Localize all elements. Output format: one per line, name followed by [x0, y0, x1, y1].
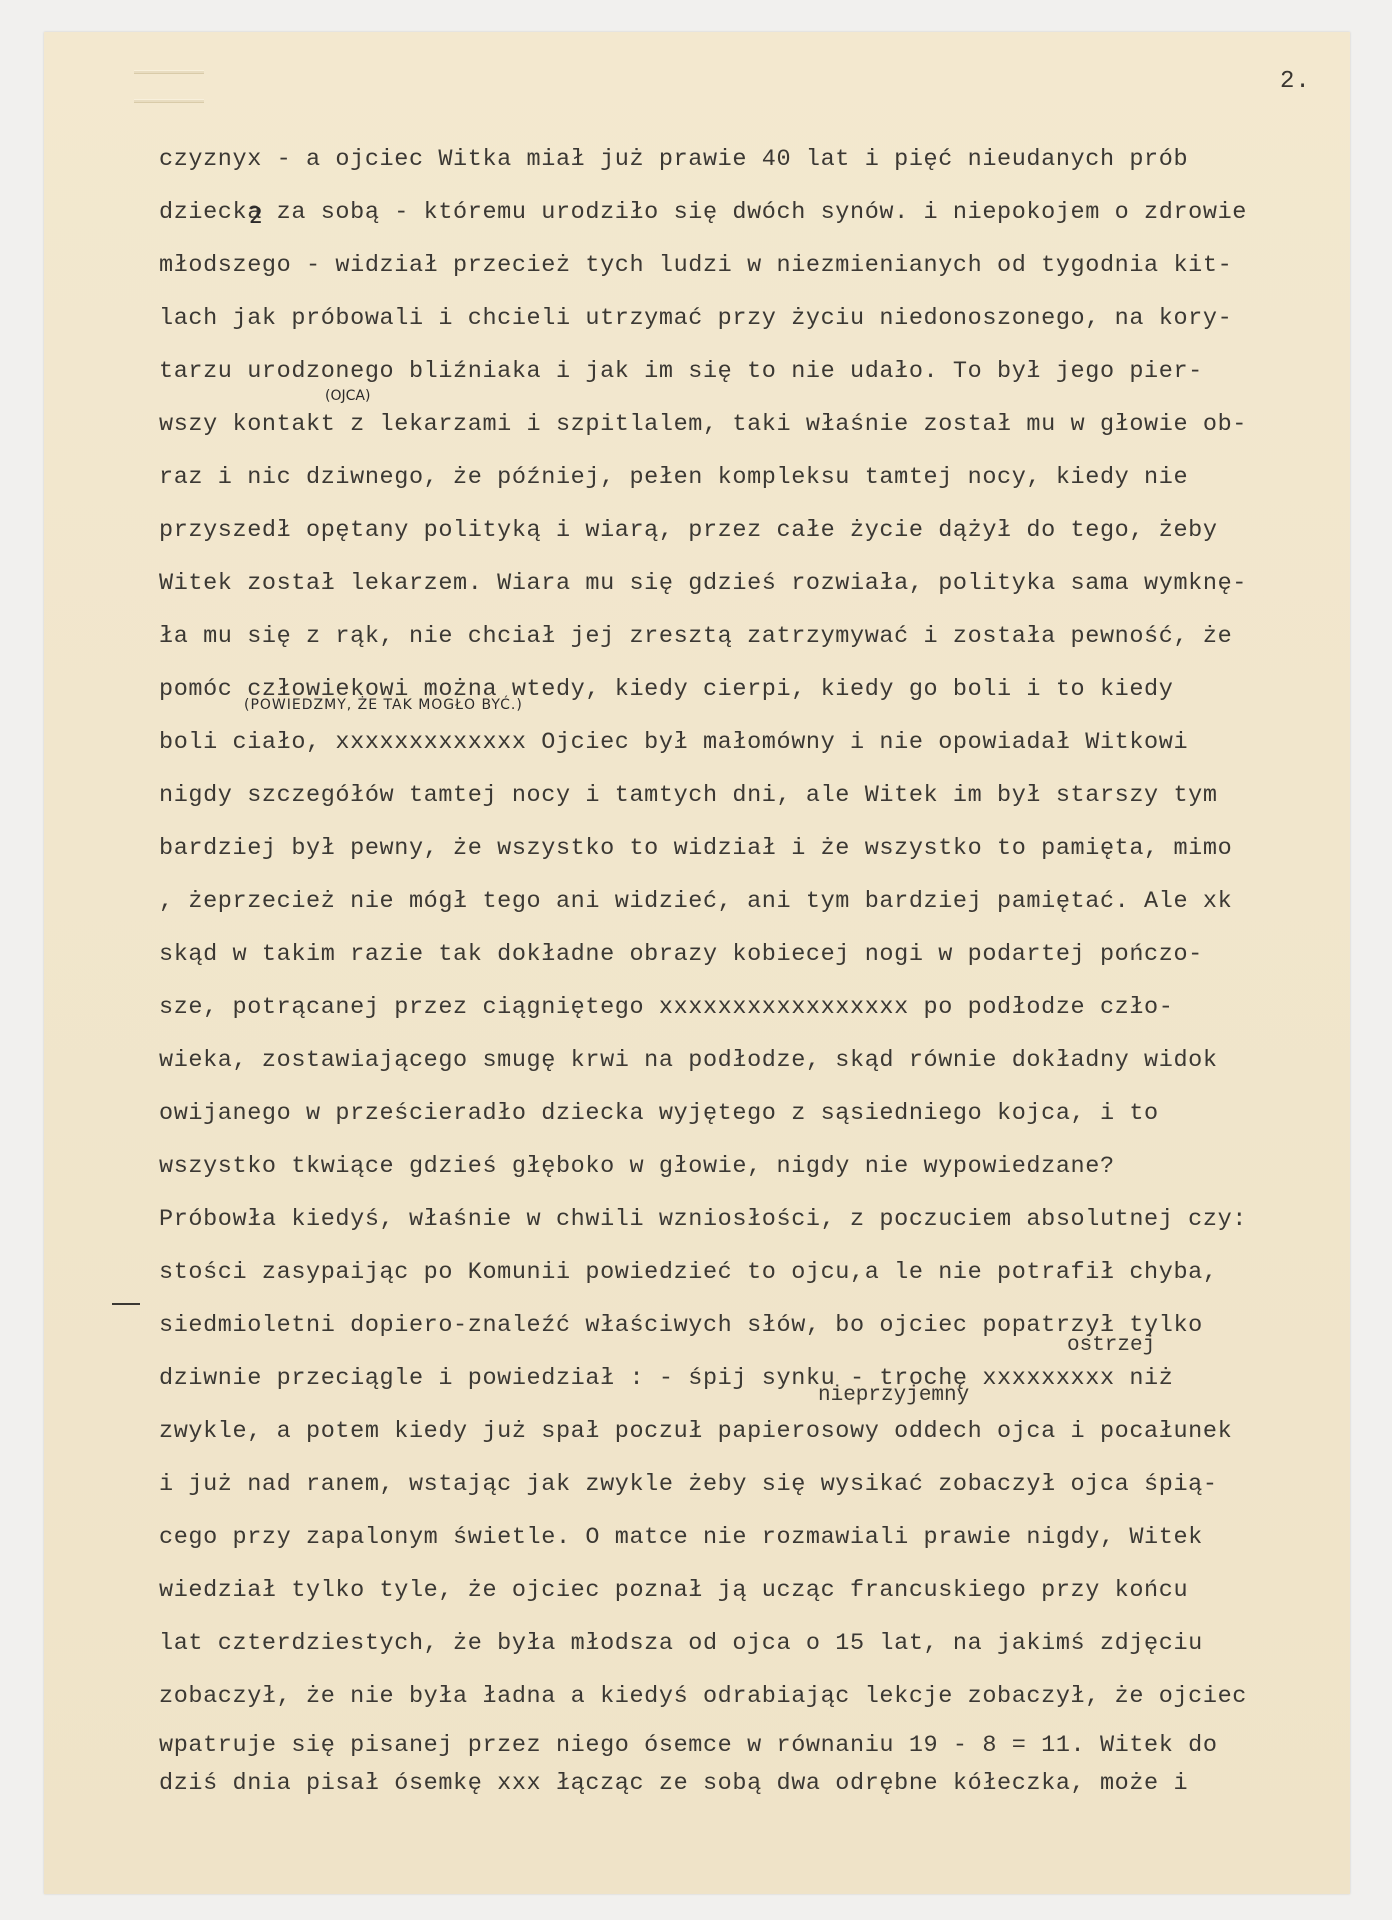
- text-line: wszystko tkwiące gdzieś głęboko w głowie…: [159, 1153, 1115, 1180]
- text-line: bardziej był pewny, że wszystko to widzi…: [159, 835, 1232, 862]
- text-line: przyszedł opętany polityką i wiarą, prze…: [159, 517, 1218, 544]
- text-line: nigdy szczegółów tamtej nocy i tamtych d…: [159, 782, 1218, 809]
- text-line: zobaczył, że nie była ładna a kiedyś odr…: [159, 1683, 1247, 1710]
- text-line: wszy kontakt z lekarzami i szpitlalem, t…: [159, 411, 1247, 438]
- text-line: siedmioletni dopiero-znaleźć właściwych …: [159, 1312, 1203, 1339]
- handwritten-superscript: 2: [249, 204, 263, 229]
- text-line: dziś dnia pisał ósemkę xxx łącząc ze sob…: [159, 1770, 1188, 1797]
- text-line: , żeprzecież nie mógł tego ani widzieć, …: [159, 888, 1232, 915]
- text-line: czyznyx - a ojciec Witka miał już prawie…: [159, 146, 1188, 173]
- text-line: skąd w takim razie tak dokładne obrazy k…: [159, 941, 1203, 968]
- text-line: lat czterdziestych, że była młodsza od o…: [159, 1630, 1203, 1657]
- text-line: tarzu urodzonego bliźniaka i jak im się …: [159, 358, 1203, 385]
- text-line: wieka, zostawiającego smugę krwi na podł…: [159, 1047, 1218, 1074]
- margin-dash-mark: [112, 1303, 140, 1305]
- text-line: młodszego - widział przecież tych ludzi …: [159, 252, 1232, 279]
- text-line: boli ciało, xxxxxxxxxxxxx Ojciec był mał…: [159, 729, 1188, 756]
- text-line: lach jak próbowali i chcieli utrzymać pr…: [159, 305, 1232, 332]
- text-line: zwykle, a potem kiedy już spał poczuł pa…: [159, 1418, 1232, 1445]
- text-line: wiedział tylko tyle, że ojciec poznał ją…: [159, 1577, 1188, 1604]
- text-line: stości zasypaijąc po Komunii powiedzieć …: [159, 1259, 1218, 1286]
- text-line: dziecka za sobą - któremu urodziło się d…: [159, 199, 1247, 226]
- text-line: dziwnie przeciągle i powiedział : - śpij…: [159, 1365, 1173, 1392]
- text-line: wpatruje się pisanej przez niego ósemce …: [159, 1732, 1218, 1759]
- typed-correction-ostrzej: ostrzej: [1067, 1334, 1155, 1357]
- handwritten-note: (POWIEDZMY, ŻE TAK MOGŁO BYĆ.): [244, 697, 523, 713]
- page-number: 2.: [1280, 68, 1311, 95]
- text-line: Witek został lekarzem. Wiara mu się gdzi…: [159, 570, 1247, 597]
- handwritten-ojca: (OJCA): [325, 388, 370, 404]
- typed-correction-nieprzyjemny: nieprzyjemny: [818, 1384, 969, 1407]
- text-line: owijanego w prześcieradło dziecka wyjęte…: [159, 1100, 1159, 1127]
- text-line: i już nad ranem, wstając jak zwykle żeby…: [159, 1471, 1218, 1498]
- staple-mark: [134, 70, 204, 74]
- text-line: Próbowła kiedyś, właśnie w chwili wznios…: [159, 1206, 1247, 1233]
- text-line: raz i nic dziwnego, że później, pełen ko…: [159, 464, 1188, 491]
- text-line: ła mu się z rąk, nie chciał jej zresztą …: [159, 623, 1232, 650]
- text-line: cego przy zapalonym świetle. O matce nie…: [159, 1524, 1203, 1551]
- staple-mark: [134, 99, 204, 103]
- text-line: sze, potrącanej przez ciągniętego xxxxxx…: [159, 994, 1173, 1021]
